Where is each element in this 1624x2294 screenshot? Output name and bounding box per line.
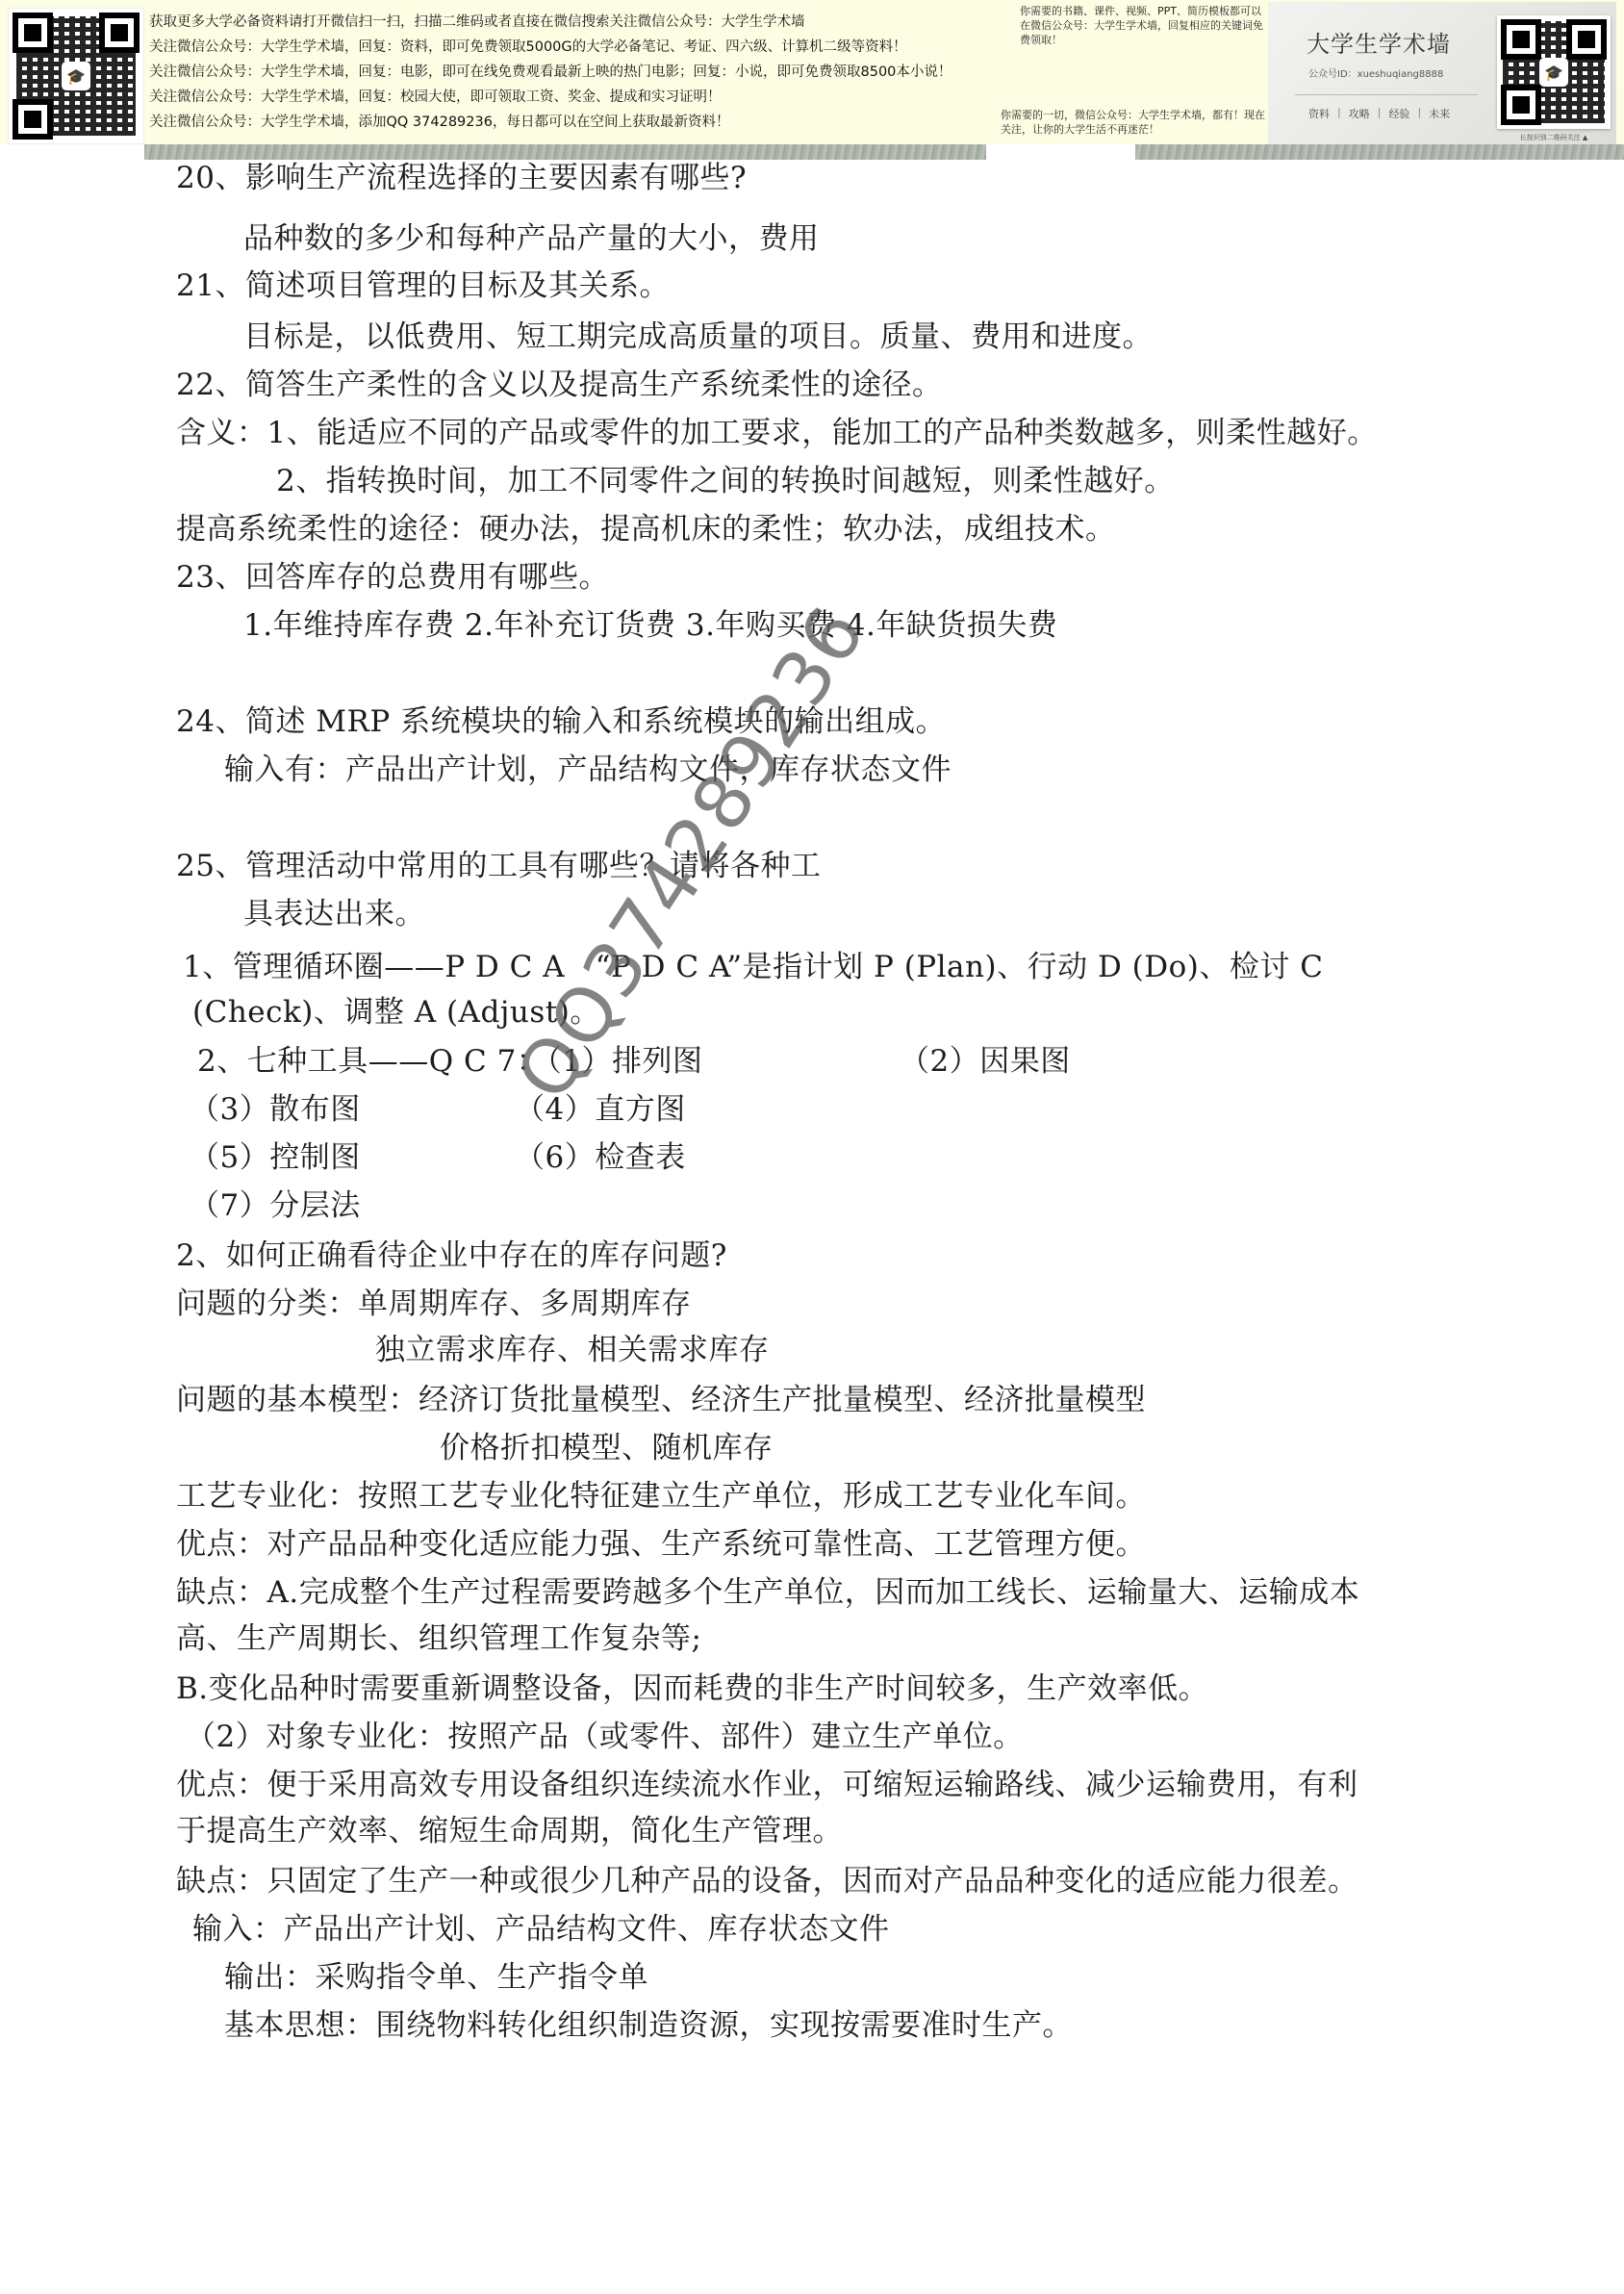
- document-line: 含义：1、能适应不同的产品或零件的加工要求，能加工的产品种类数越多，则柔性越好。: [176, 414, 1378, 452]
- document-line: 1、管理循环圈——P D C A “P D C A”是指计划 P (Plan)、…: [183, 948, 1323, 986]
- document-line: 价格折扣模型、随机库存: [440, 1429, 774, 1467]
- document-line: 22、简答生产柔性的含义以及提高生产系统柔性的途径。: [176, 366, 942, 404]
- document-line: （2）因果图: [900, 1042, 1071, 1081]
- document-line: 缺点：只固定了生产一种或很少几种产品的设备，因而对产品品种变化的适应能力很差。: [176, 1862, 1358, 1900]
- document-line: （3）散布图: [190, 1090, 361, 1129]
- document-line: 2、指转换时间，加工不同零件之间的转换时间越短，则柔性越好。: [276, 462, 1175, 500]
- document-line: 问题的分类：单周期库存、多周期库存: [176, 1285, 692, 1323]
- document-line: 2、七种工具——Q C 7：（1）排列图: [197, 1042, 703, 1081]
- document-line: 23、回答库存的总费用有哪些。: [176, 558, 609, 597]
- document-line: 2、如何正确看待企业中存在的库存问题?: [176, 1236, 727, 1275]
- document-line: 工艺专业化：按照工艺专业化特征建立生产单位，形成工艺专业化车间。: [176, 1477, 1146, 1516]
- document-line: 提高系统柔性的途径：硬办法，提高机床的柔性；软办法，成组技术。: [176, 510, 1116, 548]
- document-line: 输入有：产品出产计划，产品结构文件，库存状态文件: [224, 751, 952, 789]
- document-page: 20、影响生产流程选择的主要因素有哪些?品种数的多少和每种产品产量的大小，费用2…: [0, 0, 1624, 2294]
- document-line: 基本思想：围绕物料转化组织制造资源，实现按需要准时生产。: [224, 2006, 1073, 2045]
- document-line: 缺点：A.完成整个生产过程需要跨越多个生产单位，因而加工线长、运输量大、运输成本: [176, 1573, 1359, 1612]
- document-line: （2）对象专业化：按照产品（或零件、部件）建立生产单位。: [186, 1718, 1024, 1756]
- document-line: 问题的基本模型：经济订货批量模型、经济生产批量模型、经济批量模型: [176, 1381, 1146, 1419]
- document-line: 20、影响生产流程选择的主要因素有哪些?: [176, 159, 747, 197]
- document-line: 独立需求库存、相关需求库存: [375, 1331, 770, 1369]
- document-line: 优点：便于采用高效专用设备组织连续流水作业，可缩短运输路线、减少运输费用，有利: [176, 1766, 1358, 1804]
- document-line: B.变化品种时需要重新调整设备，因而耗费的非生产时间较多，生产效率低。: [176, 1670, 1208, 1708]
- document-line: 输出：采购指令单、生产指令单: [224, 1958, 648, 1997]
- document-line: （4）直方图: [515, 1090, 686, 1129]
- document-line: （7）分层法: [190, 1186, 361, 1225]
- document-line: 目标是，以低费用、短工期完成高质量的项目。质量、费用和进度。: [243, 318, 1153, 356]
- document-line: 优点：对产品品种变化适应能力强、生产系统可靠性高、工艺管理方便。: [176, 1525, 1146, 1564]
- document-line: 输入：产品出产计划、产品结构文件、库存状态文件: [192, 1910, 890, 1949]
- document-line: 1.年维持库存费 2.年补充订货费 3.年购买费 4.年缺货损失费: [243, 606, 1057, 645]
- document-line: 品种数的多少和每种产品产量的大小，费用: [243, 219, 820, 258]
- document-line: 21、简述项目管理的目标及其关系。: [176, 267, 670, 305]
- document-line: 于提高生产效率、缩短生命周期，简化生产管理。: [176, 1812, 843, 1850]
- document-line: （5）控制图: [190, 1138, 361, 1177]
- document-line: （6）检查表: [515, 1138, 686, 1177]
- document-line: 具表达出来。: [243, 895, 425, 933]
- document-line: 高、生产周期长、组织管理工作复杂等;: [176, 1619, 701, 1658]
